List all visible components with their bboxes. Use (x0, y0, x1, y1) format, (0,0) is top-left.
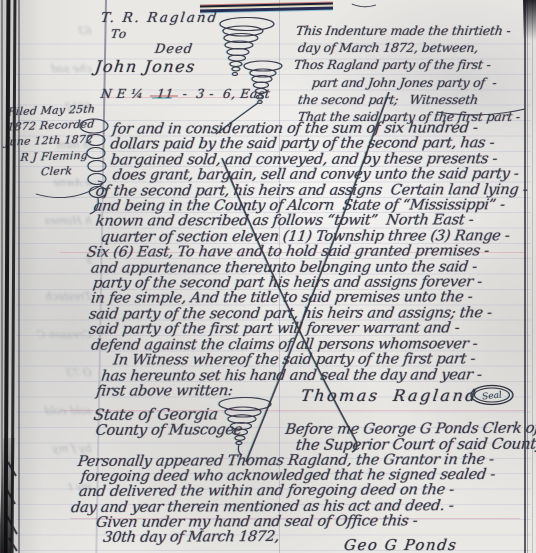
bleedthrough-line: 63 (9, 12, 94, 50)
deed-line: part and John Jones party of - (283, 74, 521, 91)
deed-line: has hereunto set his hand and seal the d… (0, 367, 529, 384)
deed-intro-lines: This Indenture made the thirtieth -day o… (283, 22, 519, 125)
deed-body-lines: for and in consideration of the sum of s… (0, 120, 527, 399)
caption-land-description: N E ¼ 11 - 3 - 6, East (100, 86, 271, 101)
scan-corner-shadow (523, 0, 536, 40)
grantor-signature: Thomas Ragland (300, 386, 479, 405)
book-edge-bar (18, 0, 20, 553)
deed-record-page: 63che sad6612ls numa Awneh HomesyTrestec… (0, 0, 536, 553)
deed-line: the second part; Witnesseth (283, 91, 521, 108)
bleedthrough-line: che sad (9, 50, 94, 88)
clerk-signature: Geo G Ponds (343, 536, 459, 553)
caption-instrument: Deed (154, 42, 194, 57)
deed-line: day of March 1872, between, (283, 39, 521, 56)
acknowledgment-lines: State of GeorgiaCounty of Muscogee Befor… (0, 406, 536, 547)
caption-to: To (110, 27, 128, 41)
header-double-rule (200, 2, 333, 12)
deed-line: This Indenture made the thirtieth - (283, 22, 521, 39)
caption-grantor: T. R. Ragland (100, 10, 219, 26)
caption-grantee: John Jones (94, 57, 197, 76)
deed-line: Thos Ragland party of the first - (283, 56, 521, 73)
